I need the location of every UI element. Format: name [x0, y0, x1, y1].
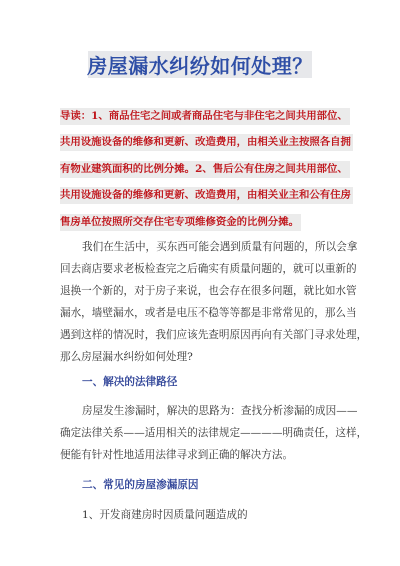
section-heading: 二、常见的房屋渗漏原因: [82, 478, 199, 492]
page-title: 房屋漏水纠纷如何处理？: [87, 50, 313, 79]
intro-block: 导读：1、商品住宅之间或者商品住宅与非住宅之间共用部位、 共用设施设备的维修和更…: [60, 104, 350, 236]
list-item: 1、开发商建房时因质量问题造成的: [82, 508, 248, 522]
intro-line: 共用设施设备的维修和更新、改造费用，由相关业主按照各自拥: [60, 134, 353, 151]
intro-line: 共用设施设备的维修和更新、改造费用，由相关业主和公有住房: [60, 187, 353, 204]
paragraph-line: 退换一个新的，对于房子来说，也会存在很多问题，就比如水管: [60, 284, 357, 298]
intro-line: 导读：1、商品住宅之间或者商品住宅与非住宅之间共用部位、: [60, 108, 350, 125]
paragraph-line: 确定法律关系——适用相关的法律规定————明确责任，这样，: [60, 426, 367, 440]
paragraph-line: 我们在生活中，买东西可能会遇到质量有问题的，所以会拿: [82, 240, 357, 254]
paragraph-line: 房屋发生渗漏时，解决的思路为：查找分析渗漏的成因——: [82, 404, 357, 418]
paragraph-line: 漏水，墙壁漏水，或者是电压不稳等等都是非常常见的，那么当: [60, 306, 357, 320]
section-heading: 一、解决的法律路径: [82, 375, 177, 389]
intro-line: 售房单位按照所交存住宅专项维修资金的比例分摊。: [60, 214, 301, 231]
paragraph-line: 回去商店要求老板检查完之后确实有质量问题的，就可以重新的: [60, 262, 357, 276]
title-banner: 房屋漏水纠纷如何处理？: [88, 51, 312, 78]
paragraph-line: 那么房屋漏水纠纷如何处理?: [60, 350, 193, 364]
paragraph-line: 遇到这样的情况时，我们应该先查明原因再向有关部门寻求处理，: [60, 328, 367, 342]
intro-line: 有物业建筑面积的比例分摊。2、售后公有住房之间共用部位、: [60, 161, 350, 178]
paragraph-line: 便能有针对性地适用法律寻求到正确的解决方法。: [60, 448, 293, 462]
